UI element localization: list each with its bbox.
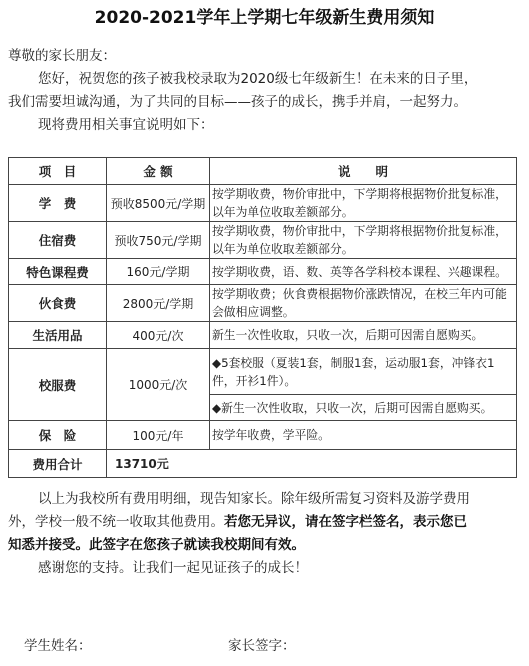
header-description: 说 明 [210,158,517,185]
fee-table: 项 目 金 额 说 明 学 费 预收8500元/学期 按学期收费，物价审批中，下… [8,157,517,478]
row-amount: 100元/年 [107,421,210,450]
row-amount: 预收8500元/学期 [107,185,210,222]
table-row: 特色课程费 160元/学期 按学期收费，语、数、英等各学科校本课程、兴趣课程。 [9,259,517,285]
intro-line-1: 您好，祝贺您的孩子被我校录取为2020级七年级新生！在未来的日子里， [8,68,477,90]
table-row: 保 险 100元/年 按学年收费，学平险。 [9,421,517,450]
closing-line-2-normal: 外，学校一般不统一收取其他费用。 [8,514,224,530]
row-amount: 2800元/学期 [107,285,210,322]
closing-line-2: 外，学校一般不统一收取其他费用。若您无异议，请在签字栏签名，表示您已 [8,511,467,533]
closing-line-4: 感谢您的支持。让我们一起见证孩子的成长！ [8,557,308,579]
parent-signature-label: 家长签字： [228,634,296,654]
greeting: 尊敬的家长朋友： [8,45,116,67]
row-amount: 预收750元/学期 [107,222,210,259]
row-description-2: ◆新生一次性收取，只收一次，后期可因需自愿购买。 [210,395,517,421]
row-item: 保 险 [9,421,107,450]
row-description: 按学期收费，物价审批中，下学期将根据物价批复标准，以年为单位收取差额部分。 [210,222,517,259]
header-item: 项 目 [9,158,107,185]
row-item: 校服费 [9,349,107,421]
table-total-row: 费用合计 13710元 [9,450,517,478]
row-description: 按学期收费，物价审批中，下学期将根据物价批复标准，以年为单位收取差额部分。 [210,185,517,222]
intro-line-3: 现将费用相关事宜说明如下： [8,114,214,136]
row-description: ◆5套校服（夏装1套，制服1套，运动服1套，冲锋衣1件，开衫1件）。 [210,349,517,395]
row-description: 按学期收费，语、数、英等各学科校本课程、兴趣课程。 [210,259,517,285]
total-value: 13710元 [107,450,517,478]
row-description: 新生一次性收取，只收一次，后期可因需自愿购买。 [210,322,517,349]
student-name-label: 学生姓名： [24,634,92,654]
page-title: 2020-2021学年上学期七年级新生费用须知 [0,3,529,28]
row-description: 按学年收费，学平险。 [210,421,517,450]
closing-line-3-bold: 知悉并接受。此签字在您孩子就读我校期间有效。 [8,537,305,553]
table-row: 校服费 1000元/次 ◆5套校服（夏装1套，制服1套，运动服1套，冲锋衣1件，… [9,349,517,395]
closing-line-1: 以上为我校所有费用明细，现告知家长。除年级所需复习资料及游学费用 [8,488,470,510]
row-description: 按学期收费；伙食费根据物价涨跌情况，在校三年内可能会做相应调整。 [210,285,517,322]
row-item: 伙食费 [9,285,107,322]
intro-line-2: 我们需要坦诚沟通，为了共同的目标——孩子的成长，携手并肩，一起努力。 [8,91,467,113]
closing-line-2-bold: 若您无异议，请在签字栏签名，表示您已 [224,514,467,530]
total-label: 费用合计 [9,450,107,478]
row-item: 生活用品 [9,322,107,349]
header-amount: 金 额 [107,158,210,185]
row-item: 特色课程费 [9,259,107,285]
table-row: 生活用品 400元/次 新生一次性收取，只收一次，后期可因需自愿购买。 [9,322,517,349]
row-amount: 1000元/次 [107,349,210,421]
row-amount: 400元/次 [107,322,210,349]
row-item: 学 费 [9,185,107,222]
table-row: 学 费 预收8500元/学期 按学期收费，物价审批中，下学期将根据物价批复标准，… [9,185,517,222]
table-row: 伙食费 2800元/学期 按学期收费；伙食费根据物价涨跌情况，在校三年内可能会做… [9,285,517,322]
row-amount: 160元/学期 [107,259,210,285]
table-header-row: 项 目 金 额 说 明 [9,158,517,185]
closing-line-3: 知悉并接受。此签字在您孩子就读我校期间有效。 [8,534,305,556]
row-item: 住宿费 [9,222,107,259]
table-row: 住宿费 预收750元/学期 按学期收费，物价审批中，下学期将根据物价批复标准，以… [9,222,517,259]
